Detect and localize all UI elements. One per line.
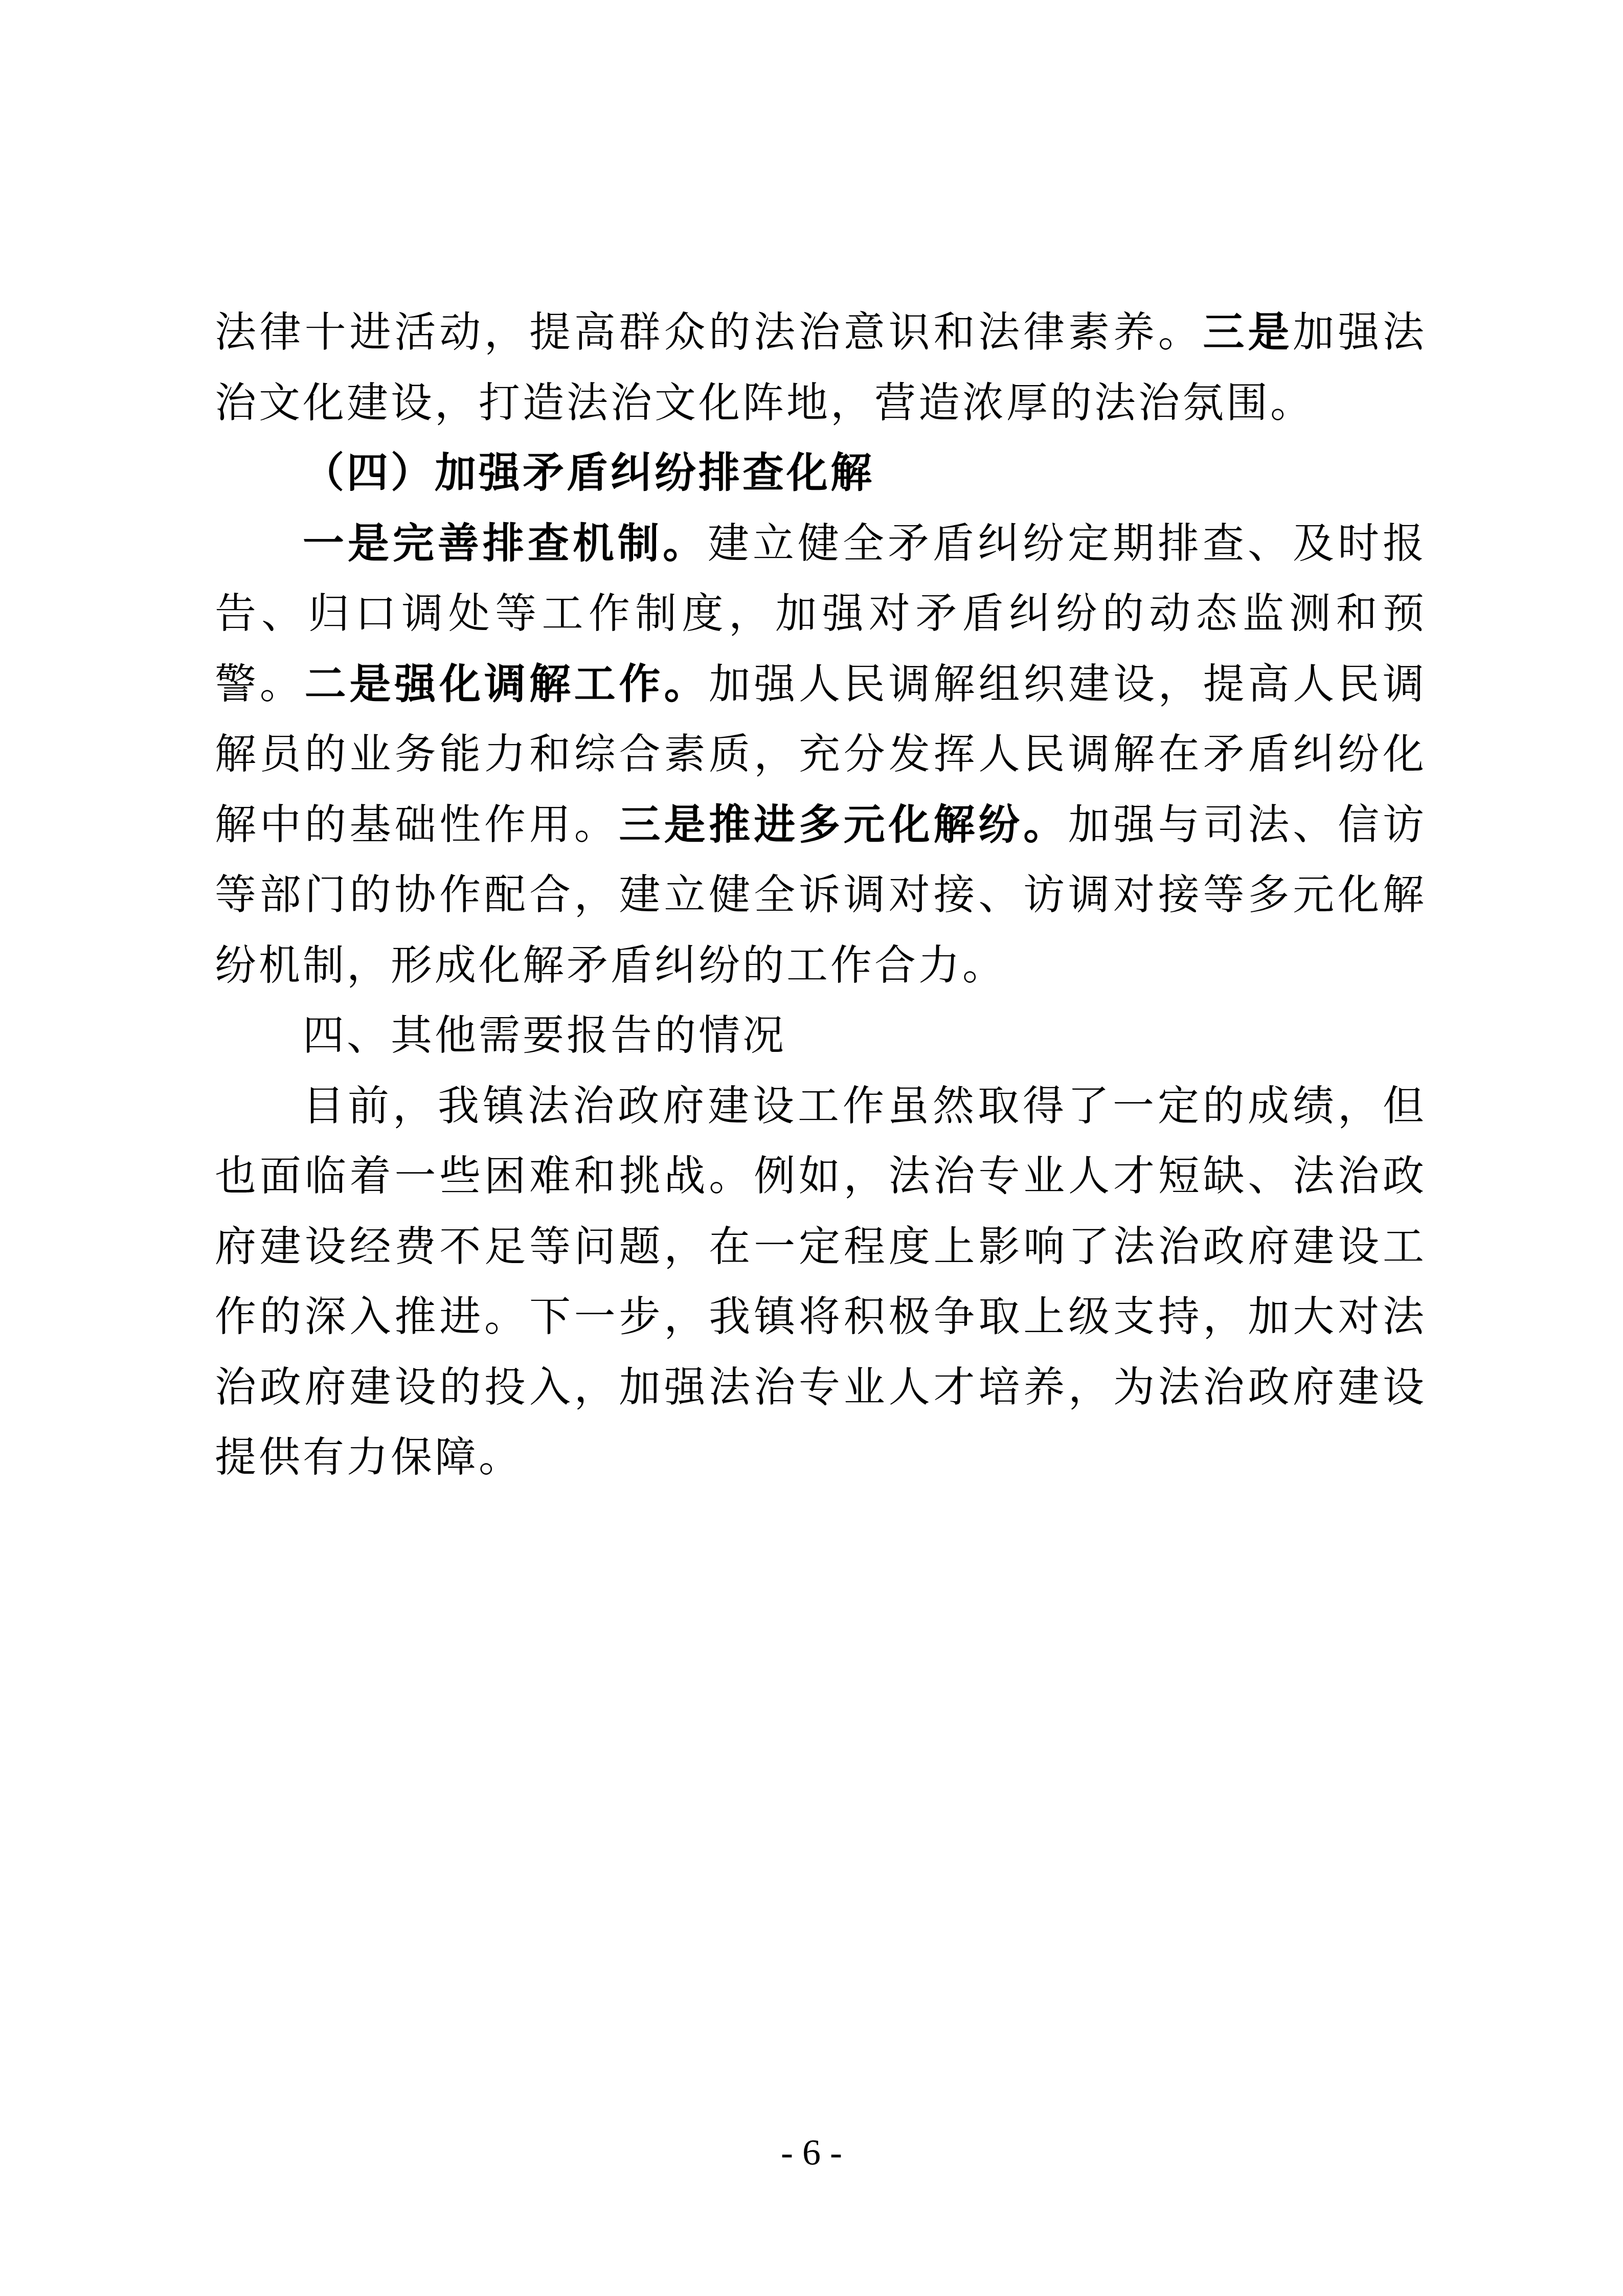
page-number: - 6 - xyxy=(0,2131,1623,2174)
paragraph-part-4: 目前，我镇法治政府建设工作虽然取得了一定的成绩，但也面临着一些困难和挑战。例如，… xyxy=(215,1071,1427,1493)
document-page: 法律十进活动，提高群众的法治意识和法律素养。三是加强法治文化建设，打造法治文化阵… xyxy=(215,298,1427,1493)
bold-lead-1: 一是完善排查机制。 xyxy=(303,520,708,568)
bold-marker-san-shi: 三是 xyxy=(1203,308,1293,356)
part-heading-4: 四、其他需要报告的情况 xyxy=(215,1001,1427,1071)
paragraph-section-4: 一是完善排查机制。建立健全矛盾纠纷定期排查、及时报告、归口调处等工作制度，加强对… xyxy=(215,509,1427,1001)
bold-lead-3: 三是推进多元化解纷。 xyxy=(619,801,1068,849)
paragraph-continuation: 法律十进活动，提高群众的法治意识和法律素养。三是加强法治文化建设，打造法治文化阵… xyxy=(215,298,1427,438)
section-heading-4: （四）加强矛盾纠纷排查化解 xyxy=(215,438,1427,509)
bold-lead-2: 二是强化调解工作。 xyxy=(305,660,709,708)
text-segment: 法律十进活动，提高群众的法治意识和法律素养。 xyxy=(215,308,1203,356)
